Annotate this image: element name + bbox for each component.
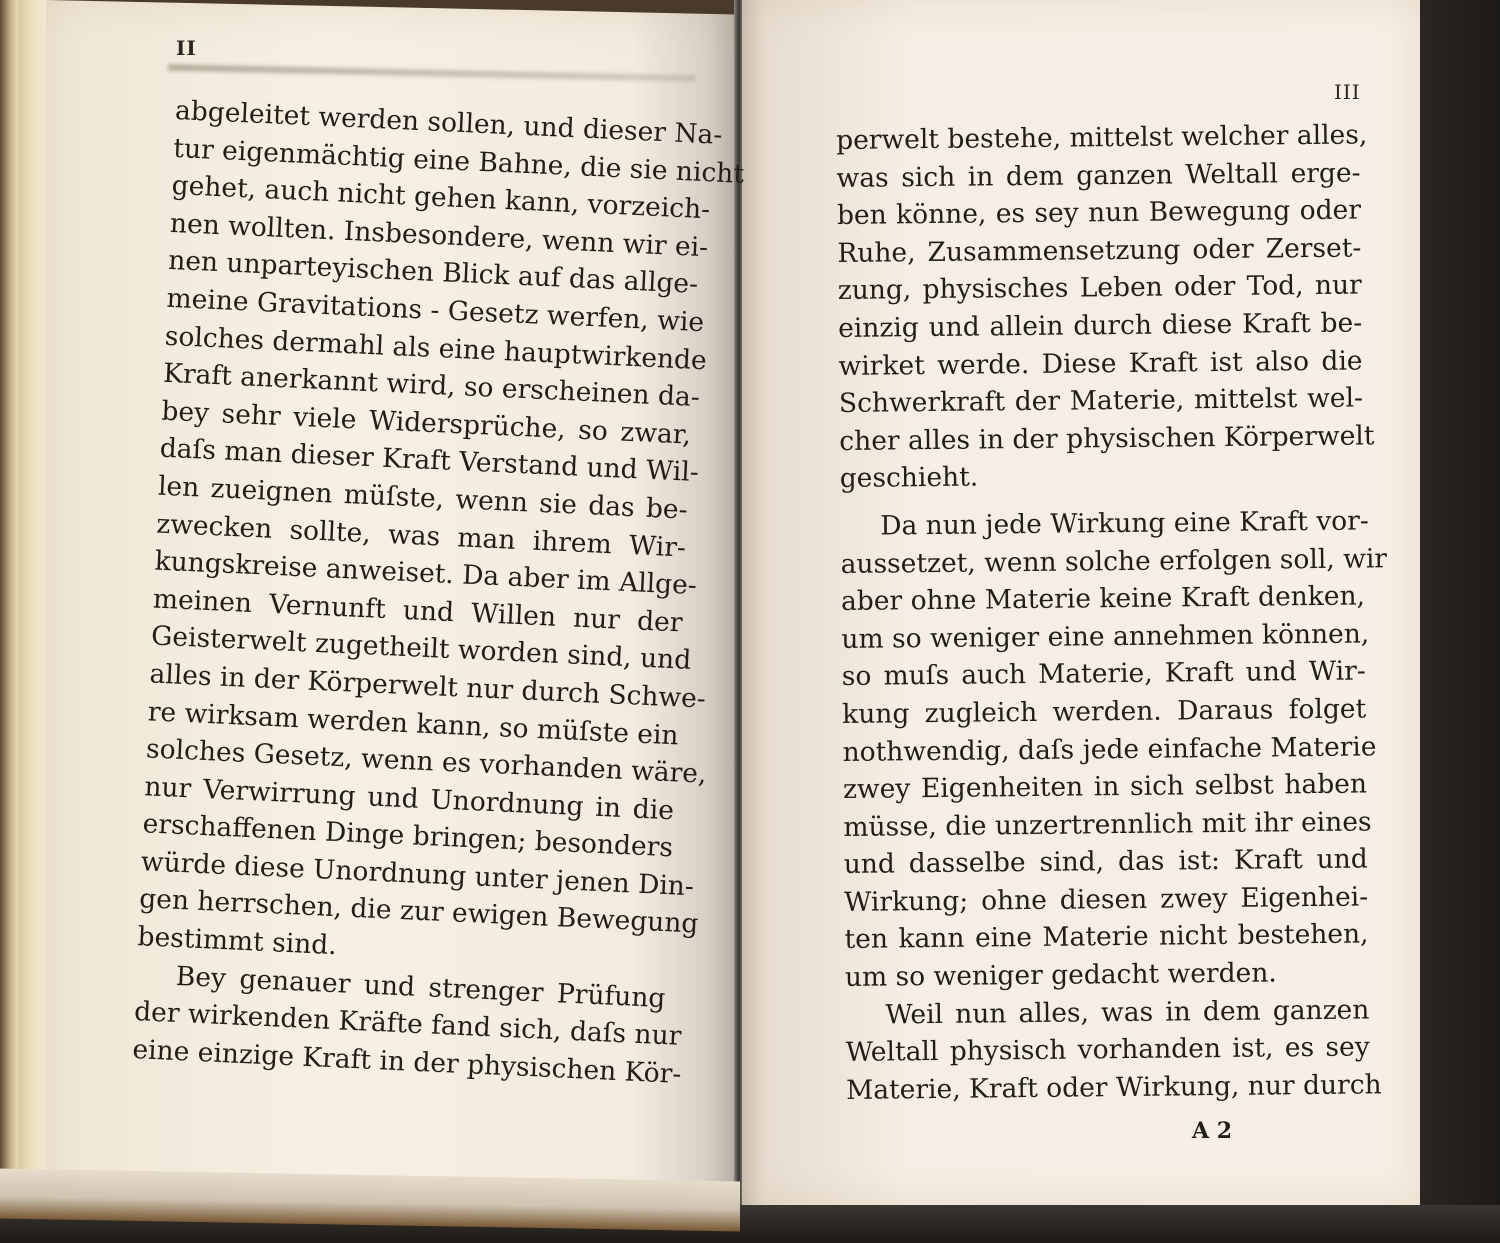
right-page-number: III: [1334, 80, 1361, 104]
text-line: nothwendig, daſs jede einfache Materie: [842, 728, 1366, 771]
page-edges-left: [18, 0, 49, 1243]
text-line: ten kann eine Materie nicht bestehen,: [844, 916, 1368, 959]
text-line: zwey Eigenheiten in sich selbst haben: [843, 766, 1367, 809]
text-line: so muſs auch Materie, Kraft und Wir-: [842, 653, 1366, 696]
text-line: kung zugleich werden. Daraus folget: [842, 690, 1366, 733]
text-line: um so weniger eine annehmen können,: [841, 615, 1365, 658]
text-line: was sich in dem ganzen Weltall erge-: [836, 154, 1360, 197]
text-line: zung, physisches Leben oder Tod, nur: [838, 267, 1362, 310]
book-binding-left: [0, 0, 18, 1243]
text-line: aber ohne Materie keine Kraft denken,: [841, 578, 1365, 621]
text-line: Weltall physisch vorhanden ist, es sey: [846, 1029, 1370, 1072]
text-line: müsse, die unzertrennlich mit ihr eines: [843, 803, 1367, 846]
text-line: um so weniger gedacht werden.: [845, 954, 1369, 997]
left-page-number: II: [176, 36, 197, 60]
text-line: wirket werde. Diese Kraft ist also die: [838, 342, 1362, 385]
text-line: geschieht.: [840, 455, 1364, 498]
book-scan: II abgeleitet werden sollen, und dieser …: [0, 0, 1500, 1243]
text-line: Da nun jede Wirkung eine Kraft vor-: [840, 502, 1364, 545]
text-line: Ruhe, Zusammensetzung oder Zerset-: [837, 229, 1361, 272]
text-line: Wirkung; ohne diesen zwey Eigenhei-: [844, 878, 1368, 921]
text-line: Materie, Kraft oder Wirkung, nur durch: [846, 1066, 1370, 1109]
text-line: und dasselbe sind, das ist: Kraft und: [844, 841, 1368, 884]
signature-mark: A 2: [1192, 1118, 1232, 1144]
text-line: ben könne, es sey nun Bewegung oder: [837, 192, 1361, 235]
text-line: einzig und allein durch diese Kraft be-: [838, 304, 1362, 347]
text-line: Schwerkraft der Materie, mittelst wel-: [839, 380, 1363, 423]
text-line: aussetzet, wenn solche erfolgen soll, wi…: [840, 540, 1364, 583]
background-right: [1420, 0, 1500, 1243]
text-line: perwelt bestehe, mittelst welcher alles,: [836, 117, 1360, 160]
right-page-text: perwelt bestehe, mittelst welcher alles,…: [836, 117, 1370, 1110]
text-line: cher alles in der physischen Körperwelt: [839, 417, 1363, 460]
text-line: Weil nun alles, was in dem ganzen: [845, 991, 1369, 1034]
left-page-text: abgeleitet werden sollen, und dieser Na-…: [132, 92, 706, 1092]
